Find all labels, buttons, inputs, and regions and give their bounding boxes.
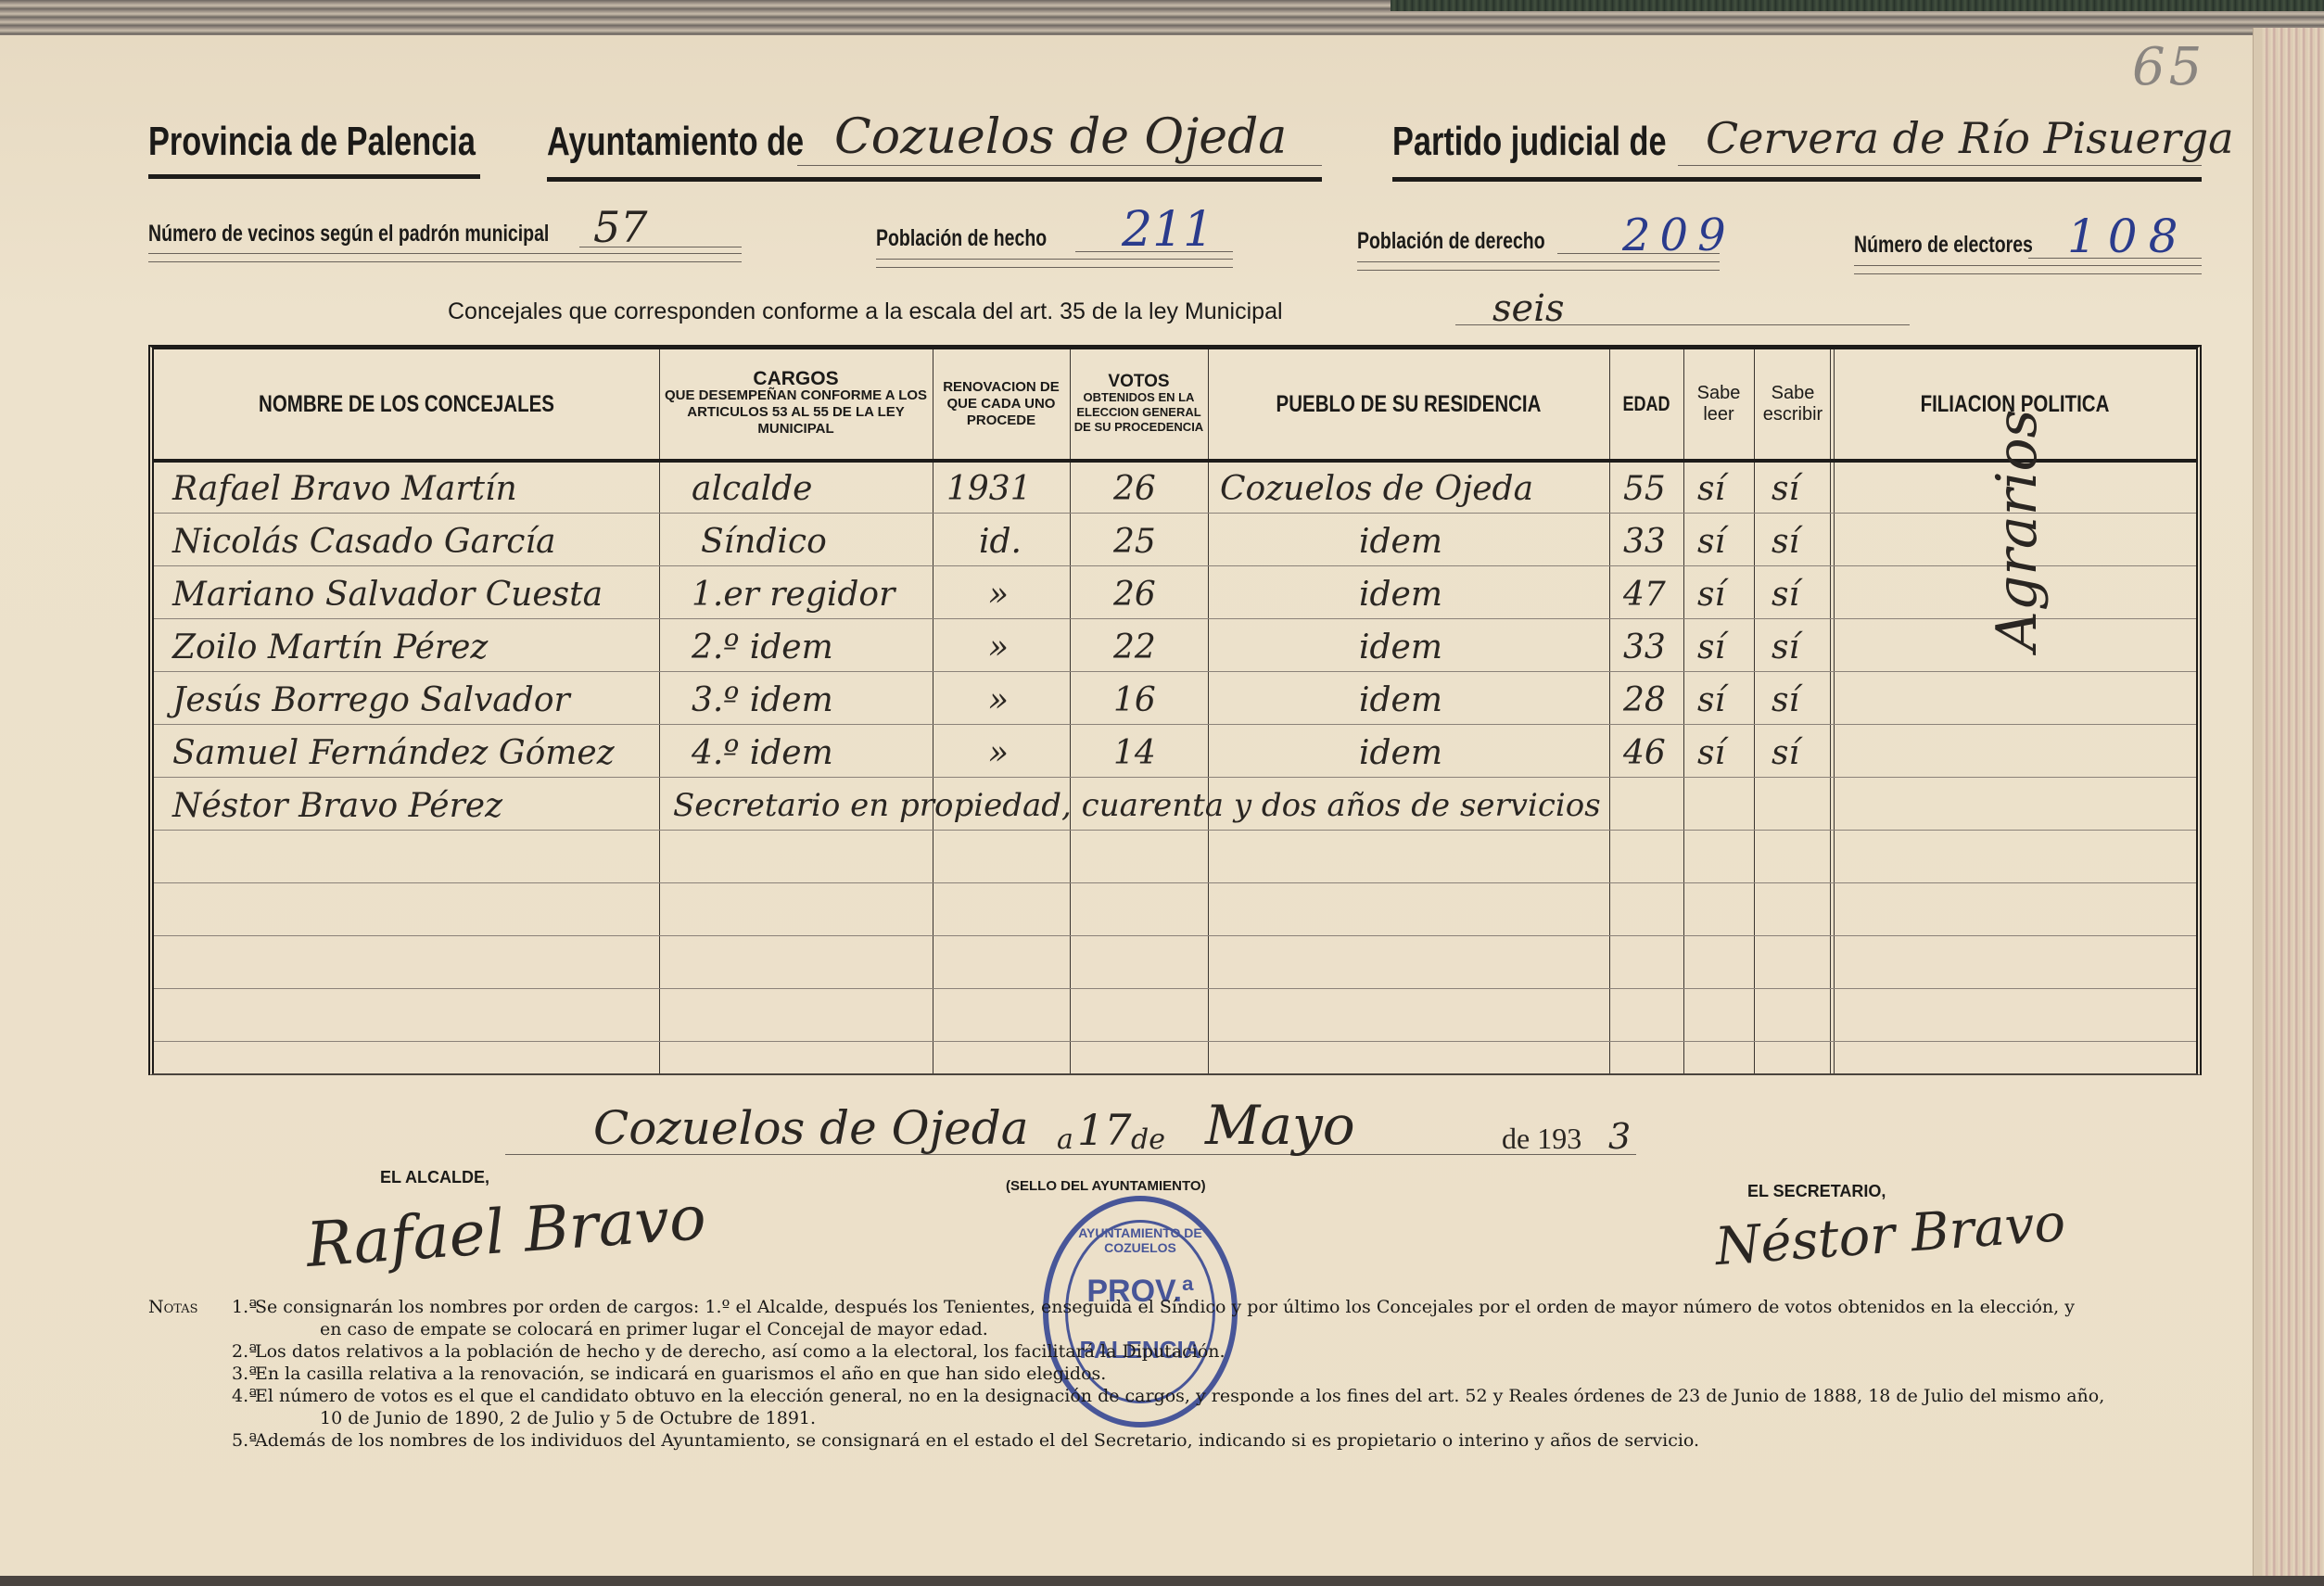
alcalde-label: EL ALCALDE,: [380, 1168, 489, 1187]
note-text: Además de los nombres de los individuos …: [255, 1430, 1699, 1451]
cell-votos: 14: [1113, 734, 1156, 772]
row-rule: [154, 988, 2196, 989]
note-number: 1.ª: [232, 1296, 257, 1318]
cell-edad: 33: [1623, 628, 1666, 666]
notes-section: Notas 1.ª Se consignarán los nombres por…: [148, 1296, 2225, 1452]
cell-nombre: Nicolás Casado García: [172, 523, 555, 561]
header-cargos-sub: QUE DESEMPEÑAN CONFORME A LOS ARTICULOS …: [663, 387, 929, 438]
cell-secretario-detalle: Secretario en propiedad, cuarenta y dos …: [673, 787, 1601, 824]
row-rule: [154, 777, 2196, 778]
cell-pueblo: idem: [1359, 681, 1442, 719]
header-bottom-rule: [154, 459, 2196, 463]
cell-nombre: Néstor Bravo Pérez: [172, 787, 502, 825]
row-rule: [154, 935, 2196, 936]
cell-escribir: sí: [1772, 734, 1799, 772]
row-rule: [154, 565, 2196, 566]
date-anio-value: 3: [1608, 1116, 1631, 1157]
cell-escribir: sí: [1772, 576, 1799, 614]
derecho-label: Población de derecho: [1357, 228, 1545, 255]
cell-leer: sí: [1697, 734, 1725, 772]
header-votos: VOTOS OBTENIDOS EN LA ELECCION GENERAL D…: [1070, 349, 1208, 459]
cell-pueblo: idem: [1359, 523, 1442, 561]
book-binding-dark: [1391, 0, 2324, 11]
row-rule: [154, 513, 2196, 514]
cell-leer: sí: [1697, 681, 1725, 719]
electores-label: Número de electores: [1854, 232, 2033, 259]
cell-nombre: Zoilo Martín Pérez: [172, 628, 488, 666]
hecho-double-rule: [876, 259, 1233, 268]
cell-cargo: 2.º idem: [692, 628, 833, 666]
concejales-table: NOMBRE DE LOS CONCEJALES CARGOS QUE DESE…: [148, 345, 2202, 1075]
note-text: Los datos relativos a la población de he…: [255, 1341, 1225, 1362]
date-a-label: a: [1057, 1123, 1073, 1156]
header-renovacion: RENOVACION DE QUE CADA UNO PROCEDE: [933, 349, 1070, 459]
row-rule: [154, 671, 2196, 672]
row-rule: [154, 882, 2196, 883]
vecinos-label: Número de vecinos según el padrón munici…: [148, 221, 549, 247]
filiacion-politica-value: Agrarios: [1985, 363, 2050, 697]
provincia-underline: [148, 174, 480, 179]
cell-renovacion: »: [988, 628, 1009, 666]
ayuntamiento-line: [797, 165, 1322, 166]
seal-ring-text: AYUNTAMIENTO DE COZUELOS: [1048, 1225, 1232, 1255]
cell-renovacion: »: [988, 681, 1009, 719]
note-item: 4.ª El número de votos es el que el cand…: [148, 1385, 2225, 1429]
cell-renovacion: »: [988, 734, 1009, 772]
cell-renovacion: 1931: [946, 470, 1032, 508]
cell-votos: 22: [1113, 628, 1156, 666]
note-item: 2.ª Los datos relativos a la población d…: [148, 1340, 2225, 1363]
partido-underline: [1392, 177, 2202, 182]
cell-renovacion: id.: [979, 523, 1022, 561]
note-text: En la casilla relativa a la renovación, …: [255, 1364, 1106, 1384]
note-number: 3.ª: [232, 1363, 257, 1385]
row-rule: [154, 724, 2196, 725]
header-leer: Sabe leer: [1683, 349, 1754, 459]
cell-pueblo: idem: [1359, 734, 1442, 772]
vecinos-line: [579, 247, 742, 247]
note-number: 2.ª: [232, 1340, 257, 1363]
bottom-edge: [0, 1576, 2324, 1586]
date-de-label: de: [1131, 1123, 1165, 1156]
date-dia: 17: [1077, 1105, 1132, 1155]
header-pueblo: PUEBLO DE SU RESIDENCIA: [1244, 349, 1573, 459]
cell-pueblo: Cozuelos de Ojeda: [1220, 470, 1533, 508]
vecinos-value: 57: [593, 202, 648, 252]
header-nombre: NOMBRE DE LOS CONCEJALES: [199, 349, 614, 459]
cell-leer: sí: [1697, 523, 1725, 561]
partido-value: Cervera de Río Pisuerga: [1706, 113, 2234, 163]
alcalde-signature: Rafael Bravo: [304, 1182, 708, 1281]
cell-nombre: Samuel Fernández Gómez: [172, 734, 615, 772]
cell-edad: 46: [1623, 734, 1666, 772]
header-cargos-title: CARGOS: [753, 371, 838, 387]
electores-double-rule: [1854, 265, 2202, 274]
note-item: 3.ª En la casilla relativa a la renovaci…: [148, 1363, 2225, 1385]
note-continuation: 10 de Junio de 1890, 2 de Julio y 5 de O…: [255, 1407, 2225, 1429]
note-item: 5.ª Además de los nombres de los individ…: [148, 1429, 2225, 1452]
row-rule: [154, 618, 2196, 619]
cell-leer: sí: [1697, 576, 1725, 614]
note-continuation: en caso de empate se colocará en primer …: [255, 1318, 2225, 1340]
ayuntamiento-label: Ayuntamiento de: [547, 119, 804, 165]
cell-edad: 28: [1623, 681, 1666, 719]
date-mes: Mayo: [1205, 1094, 1355, 1157]
cell-votos: 16: [1113, 681, 1156, 719]
cell-votos: 25: [1113, 523, 1156, 561]
date-anio-label: de 193: [1502, 1122, 1581, 1156]
note-number: 4.ª: [232, 1385, 257, 1407]
provincia-title: Provincia de Palencia: [148, 119, 476, 165]
derecho-line: [1557, 253, 1720, 254]
secretario-signature: Néstor Bravo: [1713, 1193, 2067, 1277]
vecinos-double-rule: [148, 253, 742, 262]
concejales-line: [1455, 324, 1910, 325]
header-votos-title: VOTOS: [1108, 374, 1169, 390]
cell-cargo: 1.er regidor: [692, 576, 895, 614]
derecho-double-rule: [1357, 261, 1720, 271]
partido-label: Partido judicial de: [1392, 119, 1667, 165]
cell-escribir: sí: [1772, 628, 1799, 666]
cell-escribir: sí: [1772, 523, 1799, 561]
date-lugar: Cozuelos de Ojeda: [593, 1101, 1029, 1155]
electores-line: [2028, 258, 2202, 259]
note-text: El número de votos es el que el candidat…: [255, 1386, 2104, 1406]
header-cargos: CARGOS QUE DESEMPEÑAN CONFORME A LOS ART…: [659, 349, 933, 459]
cell-escribir: sí: [1772, 470, 1799, 508]
cell-leer: sí: [1697, 470, 1725, 508]
row-rule: [154, 1041, 2196, 1042]
document-page: 65 Provincia de Palencia Ayuntamiento de…: [0, 0, 2324, 1586]
cell-votos: 26: [1113, 470, 1156, 508]
ayuntamiento-underline: [547, 177, 1322, 182]
page-stack-edge: [2262, 28, 2324, 1586]
cell-pueblo: idem: [1359, 576, 1442, 614]
electores-value: 108: [2067, 209, 2189, 263]
secretario-label: EL SECRETARIO,: [1747, 1182, 1886, 1201]
cell-cargo: alcalde: [692, 470, 812, 508]
note-number: 5.ª: [232, 1429, 257, 1452]
cell-nombre: Rafael Bravo Martín: [172, 470, 517, 508]
header-escribir: Sabe escribir: [1754, 349, 1832, 459]
cell-votos: 26: [1113, 576, 1156, 614]
page-number: 65: [2132, 37, 2205, 97]
cell-pueblo: idem: [1359, 628, 1442, 666]
row-rule: [154, 830, 2196, 831]
partido-line: [1678, 165, 2202, 166]
cell-nombre: Mariano Salvador Cuesta: [172, 576, 603, 614]
ayuntamiento-value: Cozuelos de Ojeda: [834, 109, 1287, 165]
note-item: 1.ª Se consignarán los nombres por orden…: [148, 1296, 2225, 1340]
cell-cargo: Síndico: [701, 523, 827, 561]
cell-edad: 33: [1623, 523, 1666, 561]
hecho-label: Población de hecho: [876, 225, 1047, 252]
cell-escribir: sí: [1772, 681, 1799, 719]
hecho-line: [1075, 251, 1233, 252]
cell-edad: 47: [1623, 576, 1666, 614]
cell-edad: 55: [1623, 470, 1666, 508]
cell-renovacion: »: [988, 576, 1009, 614]
header-edad: EDAD: [1616, 349, 1677, 459]
note-text: Se consignarán los nombres por orden de …: [255, 1297, 2075, 1317]
cell-cargo: 3.º idem: [692, 681, 833, 719]
concejales-label: Concejales que corresponden conforme a l…: [448, 298, 1283, 325]
sello-label: (SELLO DEL AYUNTAMIENTO): [1006, 1178, 1206, 1194]
cell-nombre: Jesús Borrego Salvador: [172, 681, 570, 719]
cell-cargo: 4.º idem: [692, 734, 833, 772]
hecho-value: 211: [1122, 202, 1213, 258]
header-votos-sub: OBTENIDOS EN LA ELECCION GENERAL DE SU P…: [1073, 390, 1204, 435]
cell-leer: sí: [1697, 628, 1725, 666]
